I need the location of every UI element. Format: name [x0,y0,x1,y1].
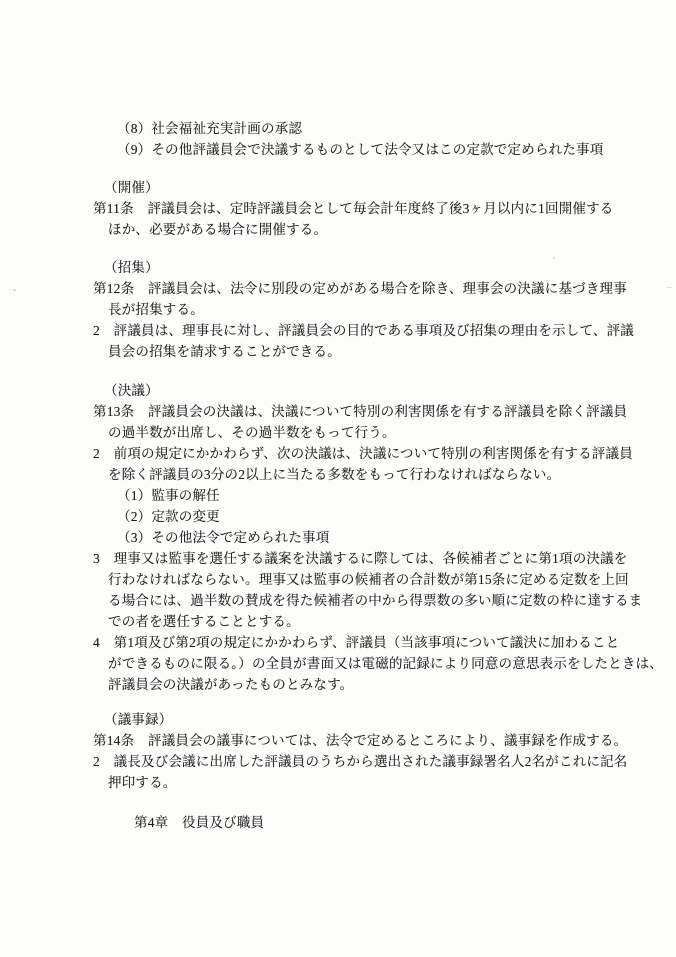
list-item-8: （8）社会福祉充実計画の承認 [117,118,646,139]
document-page: （8）社会福祉充実計画の承認 （9）その他評議員会で決議するものとして法令又はこ… [0,0,676,957]
section-label-resolution: （決議） [104,380,646,401]
article-13-item-1: （1）監事の解任 [117,485,646,506]
article-13-para-2-line-1: 2 前項の規定にかかわらず、次の決議は、決議について特別の利害関係を有する評議員 [93,443,646,464]
article-11-line-2: ほか、必要がある場合に開催する。 [108,219,646,240]
article-13-line-1: 第13条 評議員会の決議は、決議について特別の利害関係を有する評議員を除く評議員 [93,401,646,422]
article-11-line-1: 第11条 評議員会は、定時評議員会として毎会計年度終了後3ヶ月以内に1回開催する [93,198,646,219]
article-12-line-1: 第12条 評議員会は、法令に別段の定めがある場合を除き、理事会の決議に基づき理事 [93,278,646,299]
article-13-para-3-line-1: 3 理事又は監事を選任する議案を決議するに際しては、各候補者ごとに第1項の決議を [93,548,646,569]
list-item-9: （9）その他評議員会で決議するものとして法令又はこの定款で定められた事項 [117,139,646,160]
article-13-item-2: （2）定款の変更 [117,506,646,527]
article-13-para-3-line-4: での者を選任することとする。 [108,611,646,632]
article-13-line-2: の過半数が出席し、その過半数をもって行う。 [108,422,646,443]
scan-artifact-speck [13,289,16,291]
article-13-para-4-line-2: ができるものに限る。）の全員が書面又は電磁的記録により同意の意思表示をしたときは… [108,653,646,674]
article-13-para-2-line-2: を除く評議員の3分の2以上に当たる多数をもって行わなければならない。 [108,464,646,485]
article-12-line-2: 長が招集する。 [108,299,646,320]
document-body: （8）社会福祉充実計画の承認 （9）その他評議員会で決議するものとして法令又はこ… [93,118,646,833]
article-13-para-4-line-3: 評議員会の決議があったものとみなす。 [108,674,646,695]
article-13-para-3-line-2: 行わなければならない。理事又は監事の候補者の合計数が第15条に定める定数を上回 [108,569,646,590]
article-12-para-2-line-2: 員会の招集を請求することができる。 [108,341,646,362]
article-14-line-1: 第14条 評議員会の議事については、法令で定めるところにより、議事録を作成する。 [93,730,646,751]
article-14-para-2-line-1: 2 議長及び会議に出席した評議員のうちから選出された議事録署名人2名がこれに記名 [93,751,646,772]
article-13-para-4-line-1: 4 第1項及び第2項の規定にかかわらず、評議員（当該事項について議決に加わること [93,632,646,653]
section-label-minutes: （議事録） [104,709,646,730]
section-label-opening: （開催） [104,177,646,198]
scan-artifact-speck [667,287,672,288]
section-label-convocation: （招集） [104,257,646,278]
chapter-4-heading: 第4章 役員及び職員 [134,812,646,833]
article-12-para-2-line-1: 2 評議員は、理事長に対し、評議員会の目的である事項及び招集の理由を示して、評議 [93,320,646,341]
article-13-item-3: （3）その他法令で定められた事項 [117,527,646,548]
article-13-para-3-line-3: る場合には、過半数の賛成を得た候補者の中から得票数の多い順に定数の枠に達するま [108,590,646,611]
article-14-para-2-line-2: 押印する。 [108,772,646,793]
